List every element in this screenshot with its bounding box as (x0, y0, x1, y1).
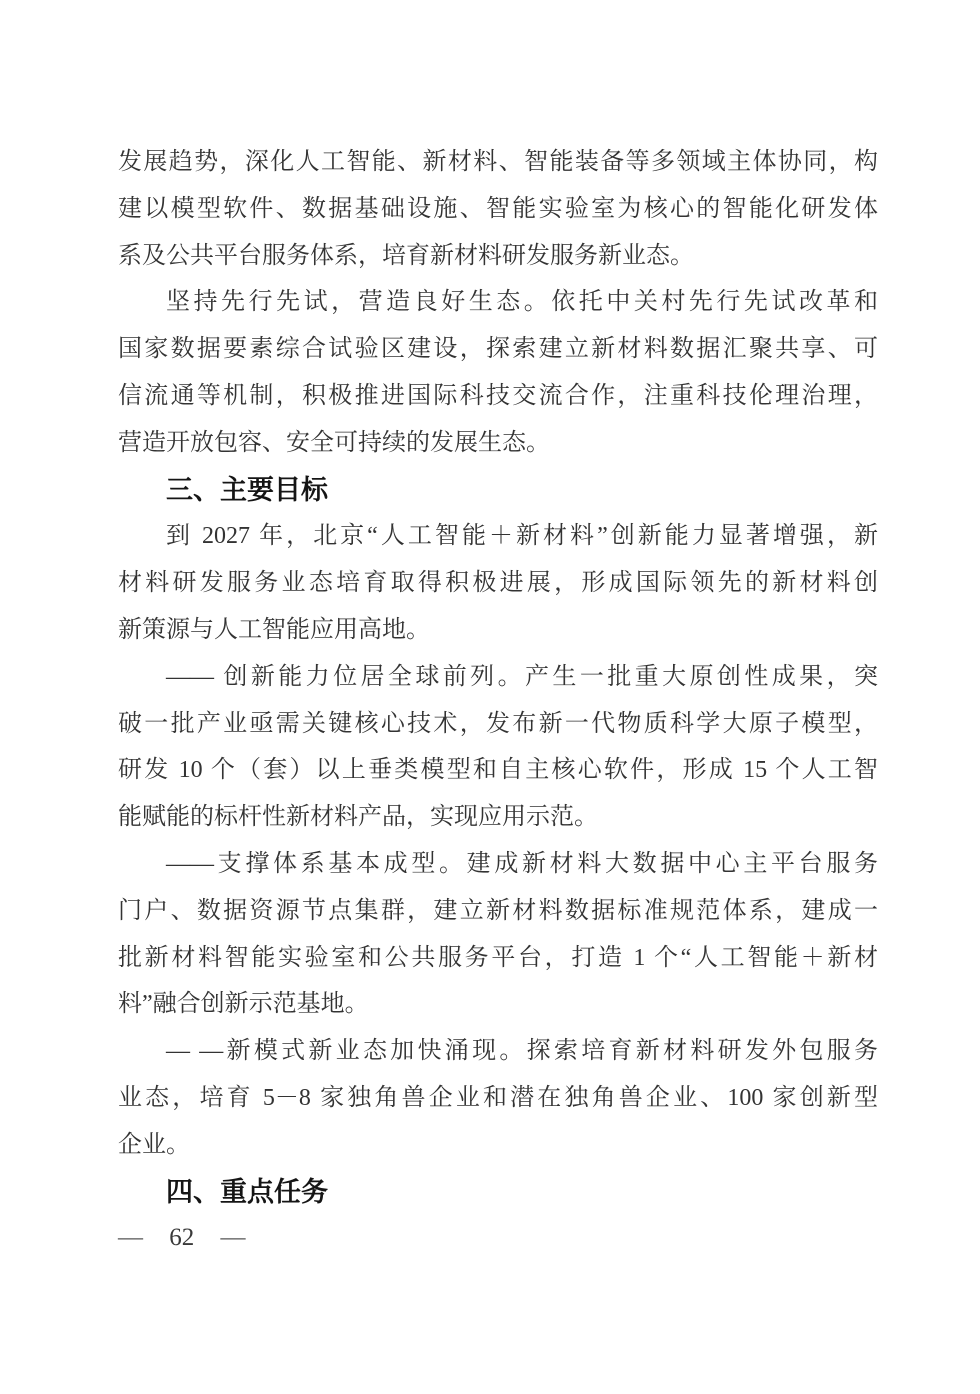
body-line: 发展趋势，深化人工智能、新材料、智能装备等多领域主体协同，构 (118, 139, 878, 186)
body-line: 营造开放包容、安全可持续的发展生态。 (118, 420, 878, 467)
body-line: 业态，培育 5－8 家独角兽企业和潜在独角兽企业、100 家创新型 (118, 1075, 878, 1122)
body-line: 到 2027 年，北京“人工智能＋新材料”创新能力显著增强，新 (118, 513, 878, 560)
body-line: 企业。 (118, 1122, 878, 1169)
body-line: 新策源与人工智能应用高地。 (118, 607, 878, 654)
body-line: 材料研发服务业态培育取得积极进展，形成国际领先的新材料创 (118, 560, 878, 607)
body-line: 建以模型软件、数据基础设施、智能实验室为核心的智能化研发体 (118, 186, 878, 233)
body-line: 批新材料智能实验室和公共服务平台，打造 1 个“人工智能＋新材 (118, 935, 878, 982)
document-page: 发展趋势，深化人工智能、新材料、智能装备等多领域主体协同，构 建以模型软件、数据… (0, 0, 980, 1394)
footer-dash-left: — (118, 1215, 143, 1262)
body-line: 国家数据要素综合试验区建设，探索建立新材料数据汇聚共享、可 (118, 326, 878, 373)
body-line: 料”融合创新示范基地。 (118, 981, 878, 1028)
footer-dash-right: — (221, 1215, 246, 1262)
body-line: —— 创新能力位居全球前列。产生一批重大原创性成果，突 (118, 654, 878, 701)
body-line: 破一批产业亟需关键核心技术，发布新一代物质科学大原子模型， (118, 701, 878, 748)
page-footer: — 62 — (118, 1215, 878, 1262)
body-line: ——支撑体系基本成型。建成新材料大数据中心主平台服务 (118, 841, 878, 888)
body-line: 研发 10 个（套）以上垂类模型和自主核心软件，形成 15 个人工智 (118, 747, 878, 794)
body-line: 系及公共平台服务体系，培育新材料研发服务新业态。 (118, 233, 878, 280)
body-line: 信流通等机制，积极推进国际科技交流合作，注重科技伦理治理， (118, 373, 878, 420)
section-heading-key-tasks: 四、重点任务 (118, 1169, 878, 1216)
section-heading-main-goals: 三、主要目标 (118, 467, 878, 514)
document-text-block: 发展趋势，深化人工智能、新材料、智能装备等多领域主体协同，构 建以模型软件、数据… (118, 139, 878, 1262)
body-line: 能赋能的标杆性新材料产品，实现应用示范。 (118, 794, 878, 841)
body-line: 门户、数据资源节点集群，建立新材料数据标准规范体系，建成一 (118, 888, 878, 935)
page-number: 62 (169, 1215, 194, 1262)
body-line: 坚持先行先试，营造良好生态。依托中关村先行先试改革和 (118, 279, 878, 326)
body-line: — —新模式新业态加快涌现。探索培育新材料研发外包服务 (118, 1028, 878, 1075)
